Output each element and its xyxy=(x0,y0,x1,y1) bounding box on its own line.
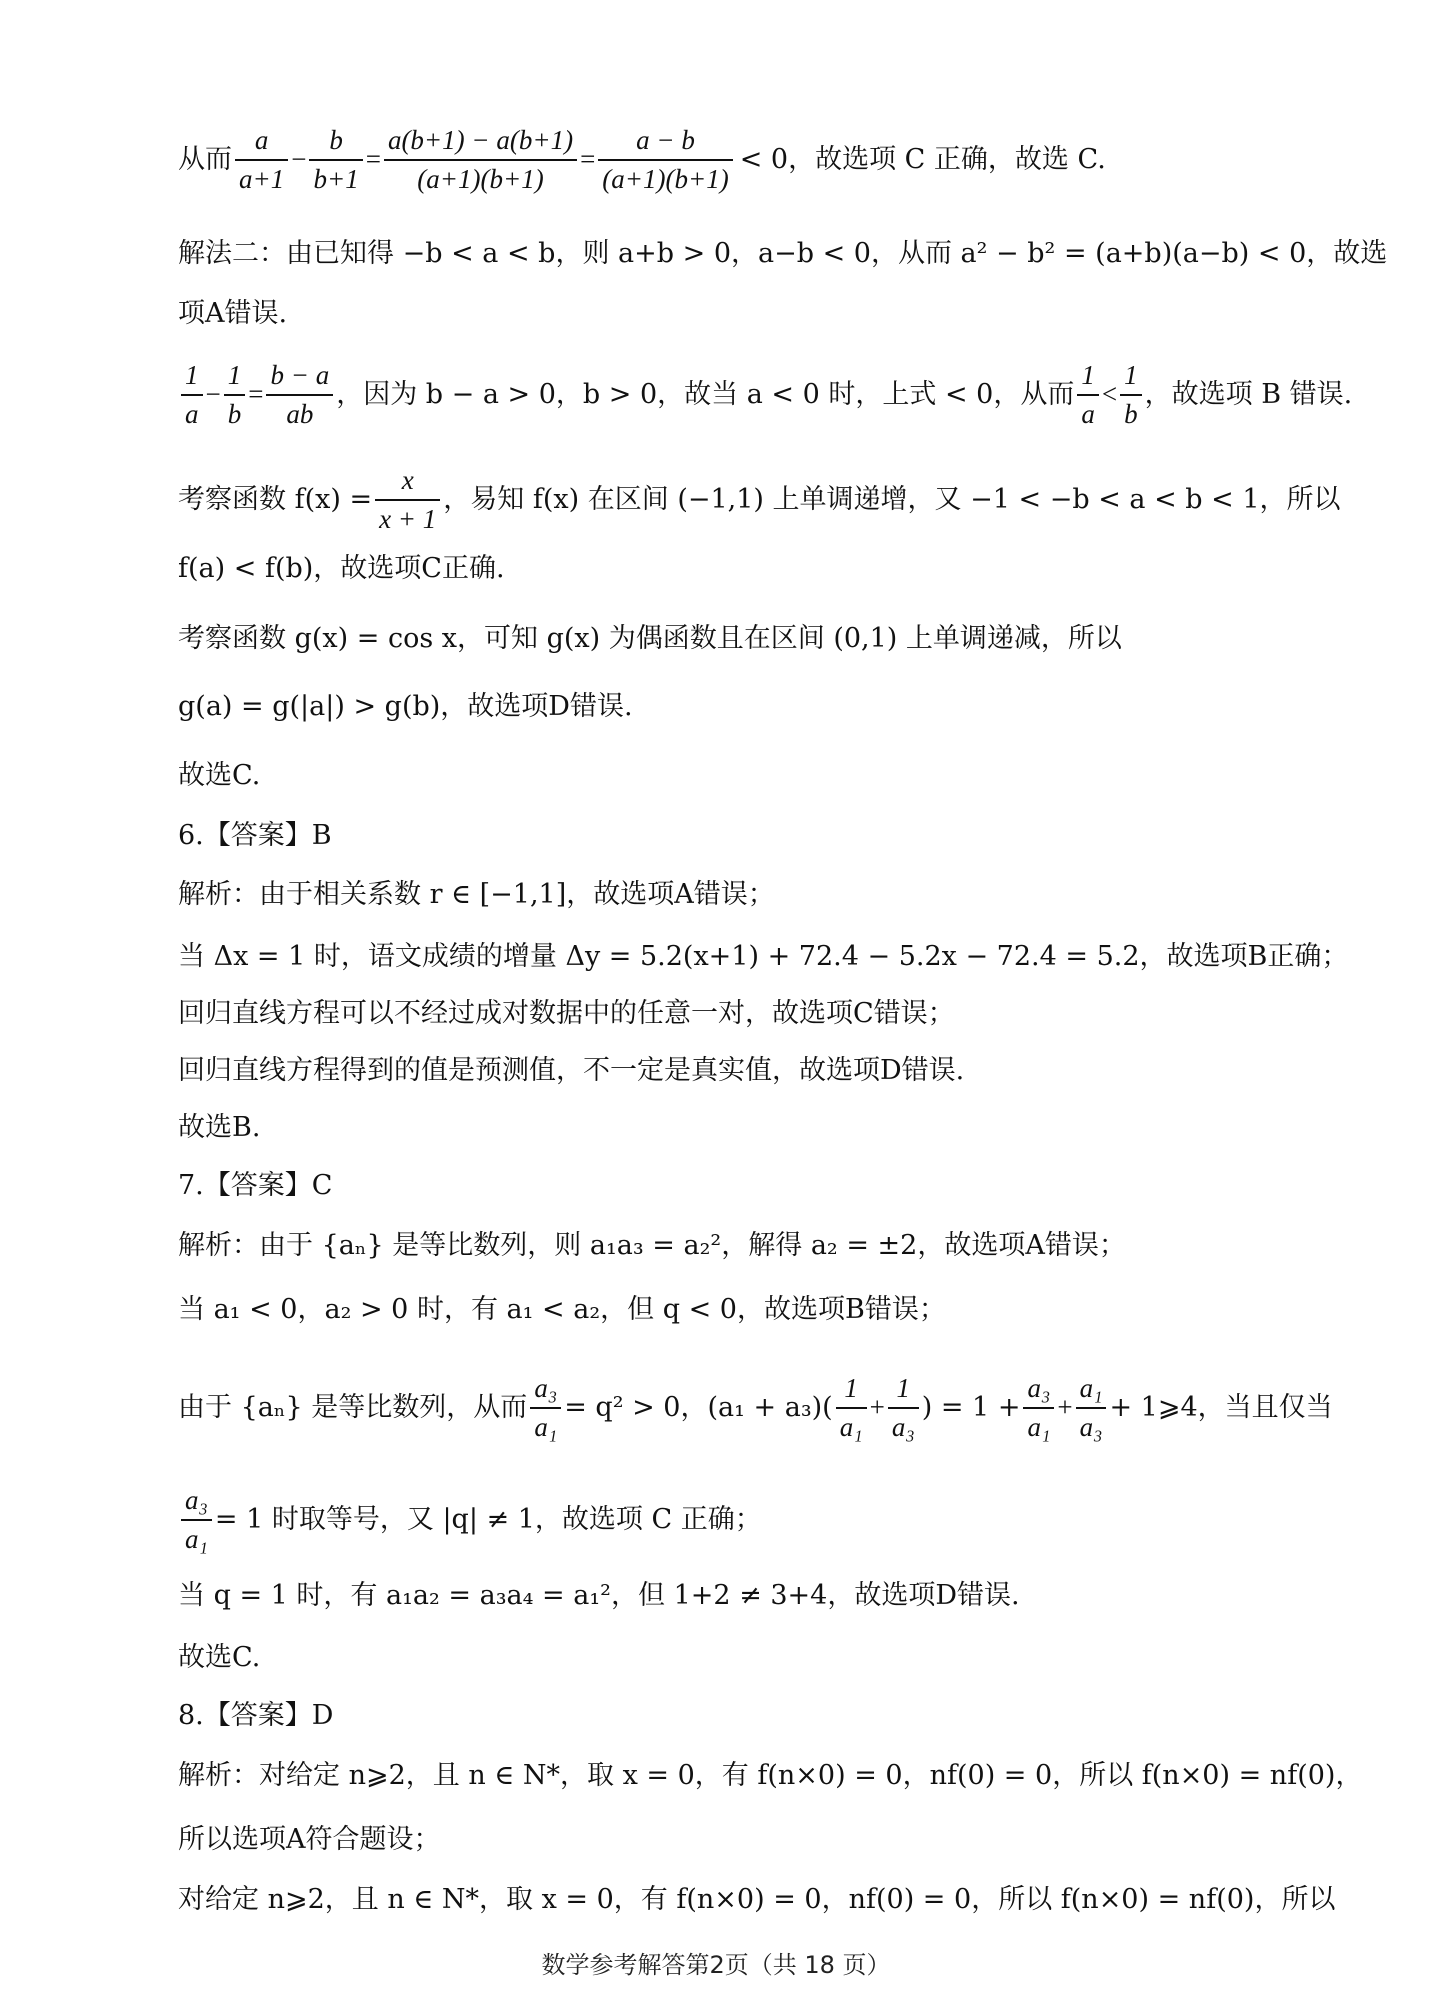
solution-line-5: 考察函数 f(x) = xx + 1 ，易知 f(x) 在区间 (−1,1) 上… xyxy=(178,465,1332,535)
operator: < xyxy=(1102,381,1117,408)
text-segment: 故选C. xyxy=(178,762,260,789)
numerator: a − b xyxy=(632,125,699,156)
text-segment: 故选B. xyxy=(178,1114,260,1141)
fraction: 1a₃ xyxy=(888,1373,919,1443)
document-page: 从而 aa+1 − bb+1 = a(b+1) − a(b+1)(a+1)(b+… xyxy=(0,0,1432,2016)
solution-line-4: 1a − 1b = b − aab ，因为 b − a > 0，b > 0，故当… xyxy=(178,360,1332,430)
text-segment: 从而 xyxy=(178,146,232,173)
solution-line-13: 回归直线方程可以不经过成对数据中的任意一对，故选项C错误； xyxy=(178,1000,1332,1027)
answer-heading-6: 6.【答案】B xyxy=(178,822,1332,849)
text-segment: ，故选项 B 错误. xyxy=(1145,381,1353,408)
solution-line-14: 回归直线方程得到的值是预测值，不一定是真实值，故选项D错误. xyxy=(178,1057,1332,1084)
fraction: a(b+1) − a(b+1)(a+1)(b+1) xyxy=(384,125,577,195)
denominator: a₁ xyxy=(836,1412,867,1443)
solution-line-2: 解法二：由已知得 −b < a < b，则 a+b > 0，a−b < 0，从而… xyxy=(178,240,1332,267)
numerator: 1 xyxy=(224,360,246,391)
text-segment: 当 a₁ < 0，a₂ > 0 时，有 a₁ < a₂，但 q < 0，故选项B… xyxy=(178,1296,946,1323)
text-segment: 解法二：由已知得 −b < a < b，则 a+b > 0，a−b < 0，从而… xyxy=(178,240,1387,267)
text-segment: 当 q = 1 时，有 a₁a₂ = a₃a₄ = a₁²，但 1+2 ≠ 3+… xyxy=(178,1582,1020,1609)
numerator: 1 xyxy=(1077,360,1099,391)
fraction: xx + 1 xyxy=(375,465,440,535)
fraction: a₃a₁ xyxy=(181,1485,212,1555)
numerator: a(b+1) − a(b+1) xyxy=(384,125,577,156)
solution-line-8: g(a) = g(|a|) > g(b)，故选项D错误. xyxy=(178,693,1332,720)
text-segment: f(a) < f(b)，故选项C正确. xyxy=(178,555,505,582)
denominator: a₁ xyxy=(181,1524,212,1555)
fraction: 1a₁ xyxy=(836,1373,867,1443)
solution-line-25: 所以选项A符合题设； xyxy=(178,1826,1332,1853)
solution-line-17: 解析：由于 {aₙ} 是等比数列，则 a₁a₃ = a₂²，解得 a₂ = ±2… xyxy=(178,1232,1332,1259)
numerator: 1 xyxy=(840,1373,862,1404)
denominator: a₃ xyxy=(1076,1412,1107,1443)
denominator: (a+1)(b+1) xyxy=(413,164,547,195)
solution-line-11: 解析：由于相关系数 r ∈ [−1,1]，故选项A错误； xyxy=(178,881,1332,908)
operator: − xyxy=(206,381,221,408)
solution-line-19: 由于 {aₙ} 是等比数列，从而 a₃a₁ = q² > 0，(a₁ + a₃)… xyxy=(178,1373,1332,1443)
numerator: a₃ xyxy=(181,1485,212,1516)
solution-line-24: 解析：对给定 n⩾2，且 n ∈ N*，取 x = 0，有 f(n×0) = 0… xyxy=(178,1762,1332,1789)
text-segment: 由于 {aₙ} 是等比数列，从而 xyxy=(178,1394,527,1421)
text-segment: ) = 1 + xyxy=(922,1394,1021,1421)
solution-line-22: 故选C. xyxy=(178,1644,1332,1671)
numerator: 1 xyxy=(181,360,203,391)
solution-line-26: 对给定 n⩾2，且 n ∈ N*，取 x = 0，有 f(n×0) = 0，nf… xyxy=(178,1886,1332,1913)
answer-heading-8: 8.【答案】D xyxy=(178,1702,1332,1729)
text-segment: 7.【答案】C xyxy=(178,1172,332,1199)
denominator: a xyxy=(1077,399,1099,430)
fraction: a − b(a+1)(b+1) xyxy=(598,125,732,195)
text-segment: 解析：由于相关系数 r ∈ [−1,1]，故选项A错误； xyxy=(178,881,775,908)
text-segment: ，因为 b − a > 0，b > 0，故当 a < 0 时，上式 < 0，从而 xyxy=(336,381,1074,408)
fraction: a₁a₃ xyxy=(1076,1373,1107,1443)
numerator: b xyxy=(325,125,347,156)
solution-line-18: 当 a₁ < 0，a₂ > 0 时，有 a₁ < a₂，但 q < 0，故选项B… xyxy=(178,1296,1332,1323)
text-segment: = 1 时取等号，又 |q| ≠ 1，故选项 C 正确； xyxy=(215,1506,762,1533)
fraction: 1a xyxy=(1077,360,1099,430)
denominator: a₃ xyxy=(888,1412,919,1443)
denominator: b xyxy=(224,399,246,430)
operator: + xyxy=(870,1394,885,1421)
fraction: a₃a₁ xyxy=(1023,1373,1054,1443)
denominator: b+1 xyxy=(309,164,362,195)
operator: = xyxy=(580,146,595,173)
text-segment: 故选C. xyxy=(178,1644,260,1671)
fraction: bb+1 xyxy=(309,125,362,195)
denominator: b xyxy=(1120,399,1142,430)
text-segment: < 0，故选项 C 正确，故选 C. xyxy=(740,146,1106,173)
solution-line-12: 当 Δx = 1 时，语文成绩的增量 Δy = 5.2(x+1) + 72.4 … xyxy=(178,943,1332,970)
solution-line-20: a₃a₁ = 1 时取等号，又 |q| ≠ 1，故选项 C 正确； xyxy=(178,1485,1332,1555)
fraction: b − aab xyxy=(266,360,333,430)
text-segment: 解析：由于 {aₙ} 是等比数列，则 a₁a₃ = a₂²，解得 a₂ = ±2… xyxy=(178,1232,1126,1259)
solution-line-3: 项A错误. xyxy=(178,300,1332,327)
operator: + xyxy=(1057,1394,1072,1421)
text-segment: ，易知 f(x) 在区间 (−1,1) 上单调递增，又 −1 < −b < a … xyxy=(443,486,1340,513)
text-segment: 考察函数 f(x) = xyxy=(178,486,372,513)
text-segment: 6.【答案】B xyxy=(178,822,332,849)
denominator: ab xyxy=(282,399,317,430)
denominator: a₁ xyxy=(530,1412,561,1443)
fraction: 1a xyxy=(181,360,203,430)
solution-line-6: f(a) < f(b)，故选项C正确. xyxy=(178,555,1332,582)
text-segment: 当 Δx = 1 时，语文成绩的增量 Δy = 5.2(x+1) + 72.4 … xyxy=(178,943,1348,970)
numerator: a₃ xyxy=(530,1373,561,1404)
fraction: a₃a₁ xyxy=(530,1373,561,1443)
text-segment: + 1⩾4，当且仅当 xyxy=(1109,1394,1332,1421)
solution-line-1: 从而 aa+1 − bb+1 = a(b+1) − a(b+1)(a+1)(b+… xyxy=(178,125,1332,195)
text-segment: 对给定 n⩾2，且 n ∈ N*，取 x = 0，有 f(n×0) = 0，nf… xyxy=(178,1886,1335,1913)
solution-line-7: 考察函数 g(x) = cos x，可知 g(x) 为偶函数且在区间 (0,1)… xyxy=(178,625,1332,652)
numerator: 1 xyxy=(893,1373,915,1404)
text-segment: g(a) = g(|a|) > g(b)，故选项D错误. xyxy=(178,693,633,720)
fraction: 1b xyxy=(1120,360,1142,430)
fraction: 1b xyxy=(224,360,246,430)
denominator: a₁ xyxy=(1023,1412,1054,1443)
numerator: 1 xyxy=(1120,360,1142,391)
operator: = xyxy=(366,146,381,173)
text-segment: = q² > 0，(a₁ + a₃)( xyxy=(564,1394,833,1421)
answer-heading-7: 7.【答案】C xyxy=(178,1172,1332,1199)
operator: − xyxy=(291,146,306,173)
text-segment: 8.【答案】D xyxy=(178,1702,333,1729)
text-segment: 解析：对给定 n⩾2，且 n ∈ N*，取 x = 0，有 f(n×0) = 0… xyxy=(178,1762,1362,1789)
solution-line-21: 当 q = 1 时，有 a₁a₂ = a₃a₄ = a₁²，但 1+2 ≠ 3+… xyxy=(178,1582,1332,1609)
denominator: (a+1)(b+1) xyxy=(598,164,732,195)
numerator: x xyxy=(398,465,418,496)
page-footer: 数学参考解答第2页（共 18 页） xyxy=(0,1945,1432,1980)
text-segment: 考察函数 g(x) = cos x，可知 g(x) 为偶函数且在区间 (0,1)… xyxy=(178,625,1122,652)
numerator: a₁ xyxy=(1076,1373,1107,1404)
numerator: a₃ xyxy=(1023,1373,1054,1404)
denominator: a xyxy=(181,399,203,430)
fraction: aa+1 xyxy=(235,125,288,195)
denominator: x + 1 xyxy=(375,504,440,535)
numerator: a xyxy=(251,125,273,156)
text-segment: 所以选项A符合题设； xyxy=(178,1826,441,1853)
solution-line-15: 故选B. xyxy=(178,1114,1332,1141)
text-segment: 回归直线方程可以不经过成对数据中的任意一对，故选项C错误； xyxy=(178,1000,955,1027)
text-segment: 回归直线方程得到的值是预测值，不一定是真实值，故选项D错误. xyxy=(178,1057,964,1084)
solution-line-9: 故选C. xyxy=(178,762,1332,789)
text-segment: 项A错误. xyxy=(178,300,287,327)
numerator: b − a xyxy=(266,360,333,391)
denominator: a+1 xyxy=(235,164,288,195)
operator: = xyxy=(248,381,263,408)
